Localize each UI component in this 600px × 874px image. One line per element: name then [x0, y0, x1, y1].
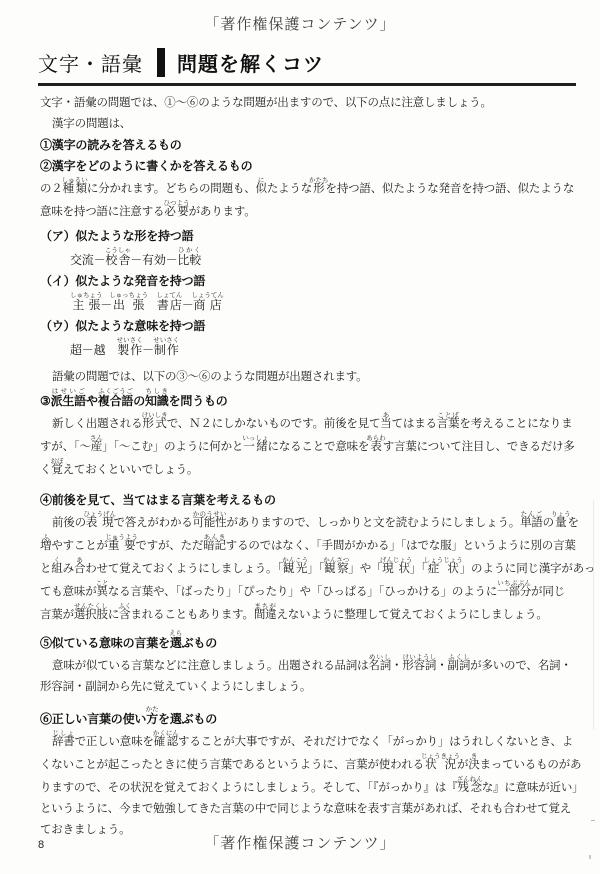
ruby-annotated-word: 言葉ことば: [437, 418, 460, 430]
ruby-annotated-word: 派生語はせいご: [51, 394, 86, 408]
ruby-annotated-word: 可能性かのうせい: [193, 517, 227, 529]
scan-artifact: [589, 855, 591, 859]
ruby-annotated-word: 症状しょうじょう: [427, 563, 460, 575]
text-line: ①漢字の読みを答えるもの: [40, 135, 585, 156]
text-line: 主張しゅちょう－出張しゅっちょう 書店しょてん－商店しょうてん: [40, 292, 585, 316]
ruby-annotated-word: 形容詞けいようし: [402, 660, 436, 672]
ruby-annotated-word: 覚おぼ: [51, 464, 62, 476]
ruby-annotated-word: 量りょう: [554, 517, 568, 529]
ruby-annotated-word: 校舎こうしゃ: [105, 253, 130, 267]
text-line: ③派生語はせいごや複合語ふくごうごの知識ちしきを問うもの: [40, 388, 585, 412]
text-line: 超－越 製作せいさく－制作せいさく: [40, 337, 585, 361]
ruby-annotated-word: 合あ: [74, 563, 85, 575]
text-line: というように、今まで勉強してきた言葉の中で同じような意味を表す言葉があれば、それ…: [40, 799, 585, 820]
text-line: 交流－校舎こうしゃ－有効－比較ひかく: [40, 247, 585, 271]
text-line: （ア）似たような形を持つ語: [40, 226, 585, 247]
ruby-annotated-word: 製作せいさく: [117, 343, 142, 357]
text-line: ④前後を見て、当てはまる言葉を考えるもの: [40, 490, 585, 511]
header-rule: [38, 83, 576, 86]
text-line: 増ふやすことが重要じゅうようですが、ただ暗記あんきするのではなく、「手間がかかる…: [40, 534, 585, 557]
page-title: 問題を解くコツ: [177, 48, 324, 77]
text-line: りますので、その状況を覚えておくようにしましょう。そして、「『がっかり』は『残念…: [40, 776, 585, 799]
ruby-annotated-word: 単語たんご: [520, 517, 543, 529]
copyright-watermark-top: 「著作権保護コンテンツ」: [0, 0, 600, 36]
text-line: （ウ）似たような意味を持つ語: [40, 316, 585, 337]
text-line: 漢字の問題は、: [40, 114, 585, 135]
text-line: すが、「～産さん」「～こむ」のように何かと一緒いっしょになることで意味を表あらわ…: [40, 435, 585, 458]
ruby-annotated-word: 間違まちが: [254, 609, 277, 621]
ruby-annotated-word: 組く: [51, 563, 62, 575]
text-line: 語彙の問題では、以下の③～⑥のような問題が出題されます。: [40, 367, 585, 388]
ruby-annotated-word: 必要ひつよう: [164, 206, 188, 218]
text-line: ②漢字をどのように書くかを答えるもの: [40, 156, 585, 177]
ruby-annotated-word: 決き: [468, 759, 479, 771]
text-line: 言葉が選択肢せんたくしに含ふくまれることもあります。間違まちがえないように整理し…: [40, 603, 585, 626]
ruby-annotated-word: 現状げんじょう: [382, 563, 410, 575]
ruby-annotated-word: 暗記あんき: [203, 540, 226, 552]
scan-artifact: [591, 820, 595, 821]
ruby-annotated-word: 産さん: [91, 441, 102, 453]
ruby-annotated-word: 名詞めいし: [368, 660, 391, 672]
ruby-annotated-word: 出張しゅっちょう: [112, 298, 145, 312]
text-line: 新しく出題される形式けいしきで、Ｎ２にしかないものです。前後を見て当あてはまる言…: [40, 412, 585, 435]
ruby-annotated-word: 異こと: [97, 586, 108, 598]
ruby-annotated-word: 重要じゅうよう: [108, 540, 136, 552]
ruby-annotated-word: 制作せいさく: [154, 343, 179, 357]
ruby-annotated-word: 形式けいしき: [142, 418, 166, 430]
ruby-annotated-word: 増ふ: [40, 540, 51, 552]
text-line: ⑥正しい言葉の使い方かたを選ぶもの: [40, 706, 585, 730]
text-line: と組くみ合あわせて覚えておくようにしましょう。「観光かんこう」「観察かんさつ」や…: [40, 557, 585, 580]
ruby-annotated-word: 主張しゅちょう: [70, 298, 100, 312]
ruby-annotated-word: 副詞ふくし: [448, 660, 471, 672]
header-divider-bar: [157, 48, 165, 77]
ruby-annotated-word: 含ふく: [119, 609, 130, 621]
text-line: くないことが起こったときに使う言葉であるというように、言葉が使われる状況じょうき…: [40, 753, 585, 776]
text-line: く覚おぼえておくといいでしょう。: [40, 458, 585, 481]
text-line: 前後の表現ひょうげんで答えがわかる可能性かのうせいがありますので、しっかりと文を…: [40, 511, 585, 534]
text-line: ても意味が異ことなる言葉や、「ばったり」「ぴったり」や「ひっぱる」「ひっかける」…: [40, 580, 585, 603]
copyright-watermark-bottom: 「著作権保護コンテンツ」: [0, 832, 600, 853]
text-line: 文字・語彙の問題では、①～⑥のような問題が出ますので、以下の点に注意しましょう。: [40, 93, 585, 114]
text-line: ⑤似ている意味の言葉を選えらぶもの: [40, 630, 585, 654]
ruby-annotated-word: 残念ざんねん: [457, 782, 481, 794]
ruby-annotated-word: 観光かんこう: [283, 563, 307, 575]
ruby-annotated-word: 状況じょうきょう: [424, 759, 457, 771]
ruby-annotated-word: 商店しょうてん: [194, 298, 224, 312]
ruby-annotated-word: 形かたち: [312, 183, 326, 195]
ruby-annotated-word: 表現ひょうげん: [86, 517, 114, 529]
page-header: 文字・語彙 問題を解くコツ: [38, 45, 600, 79]
ruby-annotated-word: 方かた: [146, 712, 158, 726]
ruby-annotated-word: 辞書じしょ: [52, 736, 75, 748]
text-line: 意味を持つ語に注意する必要ひつようがあります。: [40, 200, 585, 223]
text-line: の２種類しゅるいに分かれます。どちらの問題も、似にたような形かたちを持つ語、似た…: [40, 177, 585, 200]
ruby-annotated-word: 複合語ふくごうご: [98, 394, 133, 408]
ruby-annotated-word: 一部分いちぶぶん: [497, 586, 531, 598]
ruby-annotated-word: 観察かんさつ: [324, 563, 348, 575]
text-line: （イ）似たような発音を持つ語: [40, 271, 585, 292]
content: 文字・語彙の問題では、①～⑥のような問題が出ますので、以下の点に注意しましょう。…: [40, 93, 585, 841]
text-line: 形容詞・副詞から先に覚えていくようにしましょう。: [40, 677, 585, 698]
text-line: 辞書じしょで正しい意味を確認かくにんすることが大事ですが、それだけでなく「がっか…: [40, 730, 585, 753]
ruby-annotated-word: 確認かくにん: [154, 736, 178, 748]
ruby-annotated-word: 選択肢せんたくし: [74, 609, 108, 621]
ruby-annotated-word: 書店しょてん: [157, 298, 182, 312]
ruby-annotated-word: 種類しゅるい: [63, 183, 87, 195]
ruby-annotated-word: 選えら: [170, 636, 182, 650]
ruby-annotated-word: 当あ: [380, 418, 391, 430]
ruby-annotated-word: 一緒いっしょ: [243, 441, 267, 453]
scan-artifact: [593, 500, 594, 730]
text-line: 意味が似ている言葉などに注意しましょう。出題される品詞は名詞めいし・形容詞けいよ…: [40, 654, 585, 677]
section-label: 文字・語彙: [38, 48, 143, 77]
ruby-annotated-word: 比較ひかく: [177, 253, 201, 267]
ruby-annotated-word: 表あらわ: [369, 441, 383, 453]
ruby-annotated-word: 似に: [256, 183, 267, 195]
ruby-annotated-word: 知識ちしき: [145, 394, 169, 408]
